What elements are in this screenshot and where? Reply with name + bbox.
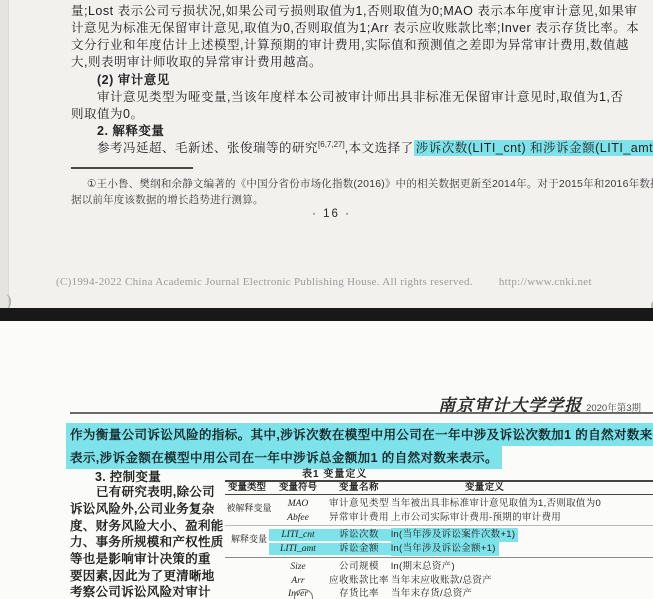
- copyright-text: (C)1994-2022 China Academic Journal Elec…: [56, 276, 473, 288]
- reference-line: 参考冯延超、毛新述、张俊瑞等的研究[6,7,27],本文选择了涉诉次数(LITI…: [71, 138, 653, 156]
- header-variable-type: 变量类型: [225, 482, 269, 494]
- cell-name: 诉讼次数: [327, 529, 391, 541]
- header-variable-symbol: 变量符号: [269, 482, 327, 494]
- cell-definition: 当年末应收账款/总资产: [391, 575, 653, 587]
- highlighted-paragraph-line: 作为衡量公司诉讼风险的指标。其中,涉诉次数在模型中用公司在一年中涉及诉讼次数加1…: [66, 423, 653, 446]
- table-rule-group: [225, 525, 653, 526]
- cell-definition: 上市公司实际审计费用-预期的审计费用: [391, 512, 653, 524]
- body-line: 则取值为0。: [71, 104, 651, 122]
- table-rule-group: [225, 557, 653, 558]
- footnote-separator: [71, 167, 193, 169]
- body-line: 已有研究表明,除公司: [96, 482, 215, 500]
- masthead-rule: [70, 412, 653, 414]
- body-line: 诉讼风险外,公司业务复杂: [70, 499, 215, 517]
- section-heading-explanatory-variables: 2. 解释变量: [71, 121, 653, 139]
- cell-symbol: MAO: [269, 498, 327, 510]
- cell-name: 存货比率: [327, 588, 391, 599]
- body-line: 计意见为标准无保留审计意见,取值为0,否则取值为1;Arr 表示应收账款比率;I…: [71, 18, 651, 36]
- body-line: 文分行业和年度估计上述模型,计算预期的审计费用,实际值和预测值之差即为异常审计费…: [71, 35, 651, 53]
- body-line: 量;Lost 表示公司亏损状况,如果公司亏损则取值为1,否则取值为0;MAO 表…: [71, 1, 651, 19]
- citation-superscript: [6,7,27]: [318, 140, 345, 149]
- reference-text: 参考冯延超、毛新述、张俊瑞等的研究: [97, 141, 318, 155]
- cell-symbol: LITI_amt: [269, 543, 327, 555]
- body-line: 力、事务所规模和产权性质: [70, 532, 224, 550]
- page-1: 量;Lost 表示公司亏损状况,如果公司亏损则取值为1,否则取值为0;MAO 表…: [8, 0, 653, 308]
- body-line: 考察公司诉讼风险对审计: [70, 582, 211, 599]
- cell-symbol: Abfee: [269, 512, 327, 524]
- copyright-line: (C)1994-2022 China Academic Journal Elec…: [56, 276, 653, 288]
- body-line: 审计意见类型为哑变量,当该年度样本公司被审计师出具非标准无保留审计意见时,取值为…: [71, 87, 653, 105]
- cell-definition: ln(当年涉及诉讼金额+1): [391, 542, 499, 556]
- table-row-highlighted: LITI_amt 诉讼金额 ln(当年涉及诉讼金额+1): [225, 542, 653, 556]
- cell-name: 异常审计费用: [327, 512, 391, 524]
- cell-symbol: Arr: [269, 575, 327, 587]
- footnote-line: ①王小鲁、樊纲和余静文编著的《中国分省份市场化指数(2016)》中的相关数据更新…: [71, 176, 653, 191]
- table-row: MAO 审计意见类型 当年被出具非标准审计意见取值为1,否则取值为0: [225, 497, 653, 511]
- scanned-paper-viewer: 量;Lost 表示公司亏损状况,如果公司亏损则取值为1,否则取值为0;MAO 表…: [0, 0, 653, 599]
- cell-symbol: LITI_cnt: [269, 529, 327, 541]
- section-heading-audit-opinion: (2) 审计意见: [71, 70, 653, 88]
- highlighted-terms: 涉诉次数(LITI_cnt) 和涉诉金额(LITI_amt): [414, 140, 653, 156]
- table-row: Inver 存货比率 当年末存货/总资产: [225, 587, 653, 599]
- table-header-row: 变量类型 变量符号 变量名称 变量定义: [225, 481, 653, 495]
- header-variable-definition: 变量定义: [391, 482, 653, 494]
- table-row: Abfee 异常审计费用 上市公司实际审计费用-预期的审计费用: [225, 511, 653, 525]
- body-line: 大,则表明审计师收取的异常审计费用越高。: [71, 52, 651, 70]
- table-row: Arr 应收账款比率 当年末应收账款/总资产: [225, 574, 653, 588]
- table-title: 表1 变量定义: [302, 465, 367, 480]
- page-2: 南京审计大学学报2020年第3期 作为衡量公司诉讼风险的指标。其中,涉诉次数在模…: [0, 321, 653, 599]
- footnote-line: 据以前年度该数据的增长趋势进行测算。: [71, 192, 653, 207]
- cnki-url: http://www.cnki.net: [499, 276, 592, 288]
- table-row: Size 公司规模 ln(期末总资产): [225, 560, 653, 574]
- cell-definition: ln(当年涉及诉讼案件次数+1): [391, 528, 518, 542]
- page-divider-bar: [0, 308, 653, 321]
- header-variable-name: 变量名称: [327, 482, 391, 494]
- table-rule-header: [225, 494, 653, 495]
- cell-name: 审计意见类型: [327, 498, 391, 510]
- highlighted-paragraph-line: 表示,涉诉金额在模型中用公司在一年中涉诉总金额加1 的自然对数来表示。: [66, 446, 502, 469]
- cell-definition: 当年被出具非标准审计意见取值为1,否则取值为0: [391, 498, 653, 510]
- reference-text: ,本文选择了: [345, 141, 414, 155]
- cell-name: 公司规模: [327, 561, 391, 573]
- cell-name: 诉讼金额: [327, 543, 391, 555]
- cell-name: 应收账款比率: [327, 575, 391, 587]
- variables-table: 表1 变量定义 变量类型 变量符号 变量名称 变量定义 被解释变量 MAO 审计…: [225, 467, 653, 599]
- annotation-circle: [294, 589, 313, 599]
- cell-definition: 当年末存货/总资产: [391, 588, 653, 599]
- table-row-highlighted: LITI_cnt 诉讼次数 ln(当年涉及诉讼案件次数+1): [225, 528, 653, 542]
- cell-symbol: Size: [269, 561, 327, 573]
- cell-definition: ln(期末总资产): [391, 561, 653, 573]
- body-line: 等也是影响审计决策的重: [70, 549, 211, 567]
- page-number: · 16 ·: [9, 208, 653, 220]
